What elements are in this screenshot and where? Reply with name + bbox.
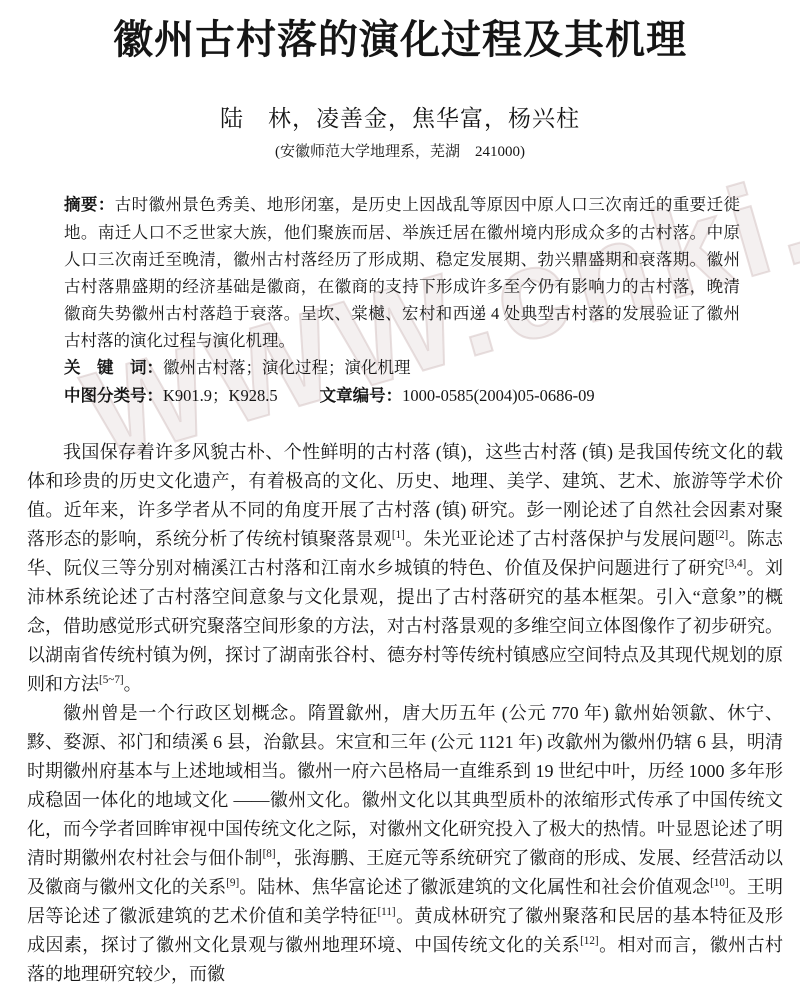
scanned-paper-page: WWW.cnki.net 徽州古村落的演化过程及其机理 陆 林，凌善金，焦华富，… — [0, 0, 800, 987]
body-paragraph-1: 我国保存着许多风貌古朴、个性鲜明的古村落 (镇)，这些古村落 (镇) 是我国传统… — [27, 438, 783, 699]
reference-marker: [1] — [392, 529, 405, 541]
abstract-label: 摘要： — [64, 196, 115, 214]
classification-line: 中图分类号：K901.9；K928.5文章编号：1000-0585(2004)0… — [64, 382, 740, 410]
keywords-text: 徽州古村落；演化过程；演化机理 — [163, 358, 411, 377]
keywords-line: 关 键 词：徽州古村落；演化过程；演化机理 — [64, 354, 740, 382]
page-content: 徽州古村落的演化过程及其机理 陆 林，凌善金，焦华富，杨兴柱 (安徽师范大学地理… — [0, 16, 800, 987]
clc-label: 中图分类号： — [64, 387, 163, 405]
article-id-value: 1000-0585(2004)05-0686-09 — [402, 386, 594, 405]
reference-marker: [12] — [580, 935, 599, 947]
reference-marker: [11] — [377, 906, 395, 918]
keywords-label: 关 键 词： — [64, 359, 163, 377]
abstract-block: 摘要：古时徽州景色秀美、地形闭塞，是历史上因战乱等原因中原人口三次南迁的重要迁徙… — [64, 191, 740, 410]
abstract-paragraph: 摘要：古时徽州景色秀美、地形闭塞，是历史上因战乱等原因中原人口三次南迁的重要迁徙… — [64, 191, 740, 354]
reference-marker: [5~7] — [99, 674, 124, 686]
abstract-text: 古时徽州景色秀美、地形闭塞，是历史上因战乱等原因中原人口三次南迁的重要迁徙地。南… — [64, 195, 740, 350]
body-text: 我国保存着许多风貌古朴、个性鲜明的古村落 (镇)，这些古村落 (镇) 是我国传统… — [27, 438, 783, 987]
paper-title: 徽州古村落的演化过程及其机理 — [0, 16, 800, 64]
reference-marker: [9] — [226, 877, 239, 889]
author-line: 陆 林，凌善金，焦华富，杨兴柱 — [0, 100, 800, 133]
reference-marker: [3,4] — [725, 558, 746, 570]
reference-marker: [8] — [263, 848, 276, 860]
clc-value: K901.9；K928.5 — [163, 386, 278, 405]
affiliation-line: (安徽师范大学地理系，芜湖 241000) — [0, 140, 800, 161]
article-id-label: 文章编号： — [320, 387, 403, 405]
body-paragraph-2: 徽州曾是一个行政区划概念。隋置歙州，唐大历五年 (公元 770 年) 歙州始领歙… — [27, 699, 783, 987]
reference-marker: [10] — [710, 877, 729, 889]
reference-marker: [2] — [715, 529, 728, 541]
